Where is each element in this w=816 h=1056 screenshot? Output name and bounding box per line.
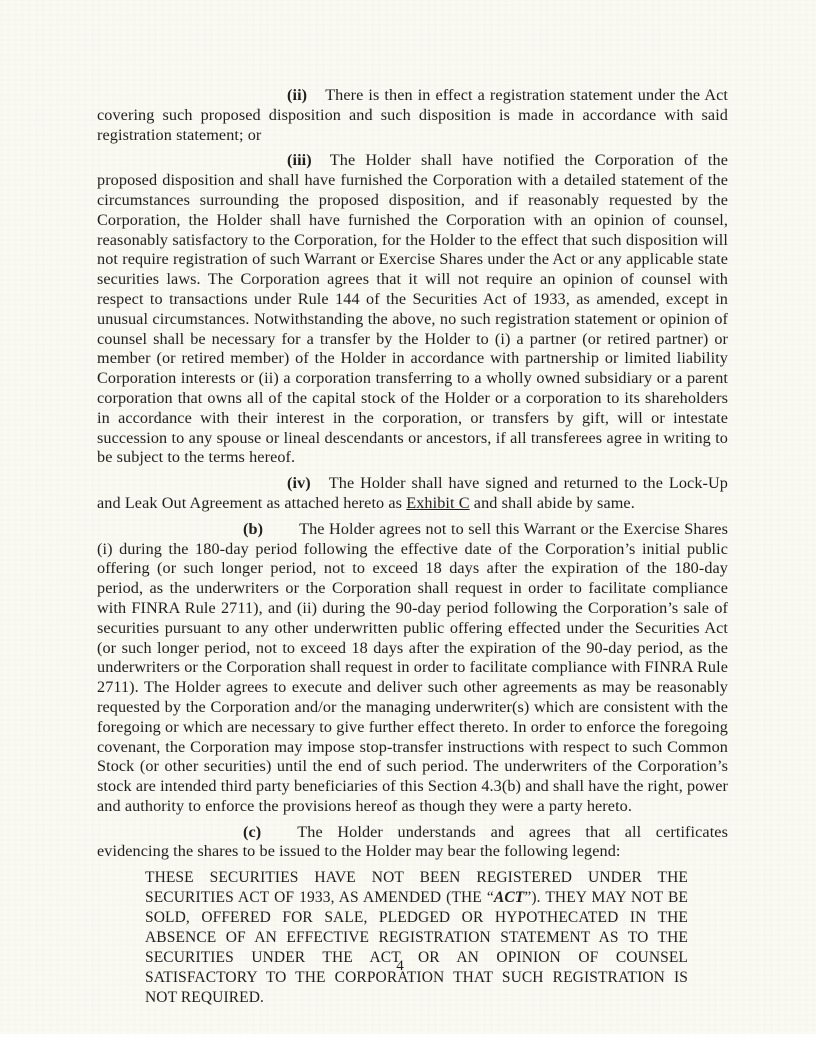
- scan-edge: [0, 1034, 816, 1056]
- paragraph-iii-label: (iii): [287, 151, 312, 169]
- scanned-document-page: (ii)There is then in effect a registrati…: [0, 0, 816, 1056]
- paragraph-iv-label: (iv): [287, 474, 311, 492]
- paragraph-b: (b)The Holder agrees not to sell this Wa…: [97, 520, 728, 817]
- exhibit-c-reference: Exhibit C: [406, 494, 469, 512]
- paragraph-ii-text: There is then in effect a registration s…: [97, 86, 728, 144]
- legend-text-after: ”). THEY MAY NOT BE SOLD, OFFERED FOR SA…: [145, 889, 688, 1006]
- stock-legend-block: THESE SECURITIES HAVE NOT BEEN REGISTERE…: [145, 868, 688, 1008]
- paragraph-c: (c)The Holder understands and agrees tha…: [97, 823, 728, 863]
- paragraph-c-text: The Holder understands and agrees that a…: [97, 823, 728, 861]
- paragraph-b-text: The Holder agrees not to sell this Warra…: [97, 520, 728, 815]
- paragraph-iv: (iv)The Holder shall have signed and ret…: [97, 474, 728, 514]
- legend-act-term: ACT: [494, 889, 524, 906]
- document-body: (ii)There is then in effect a registrati…: [97, 86, 728, 1008]
- paragraph-ii: (ii)There is then in effect a registrati…: [97, 86, 728, 145]
- paragraph-iii-text: The Holder shall have notified the Corpo…: [97, 151, 728, 466]
- paragraph-iii: (iii)The Holder shall have notified the …: [97, 151, 728, 468]
- paragraph-b-label: (b): [243, 520, 263, 538]
- paragraph-ii-label: (ii): [287, 86, 307, 104]
- page-number: 4: [0, 958, 800, 975]
- paragraph-iv-text-after: and shall abide by same.: [470, 494, 635, 512]
- paragraph-c-label: (c): [243, 823, 261, 841]
